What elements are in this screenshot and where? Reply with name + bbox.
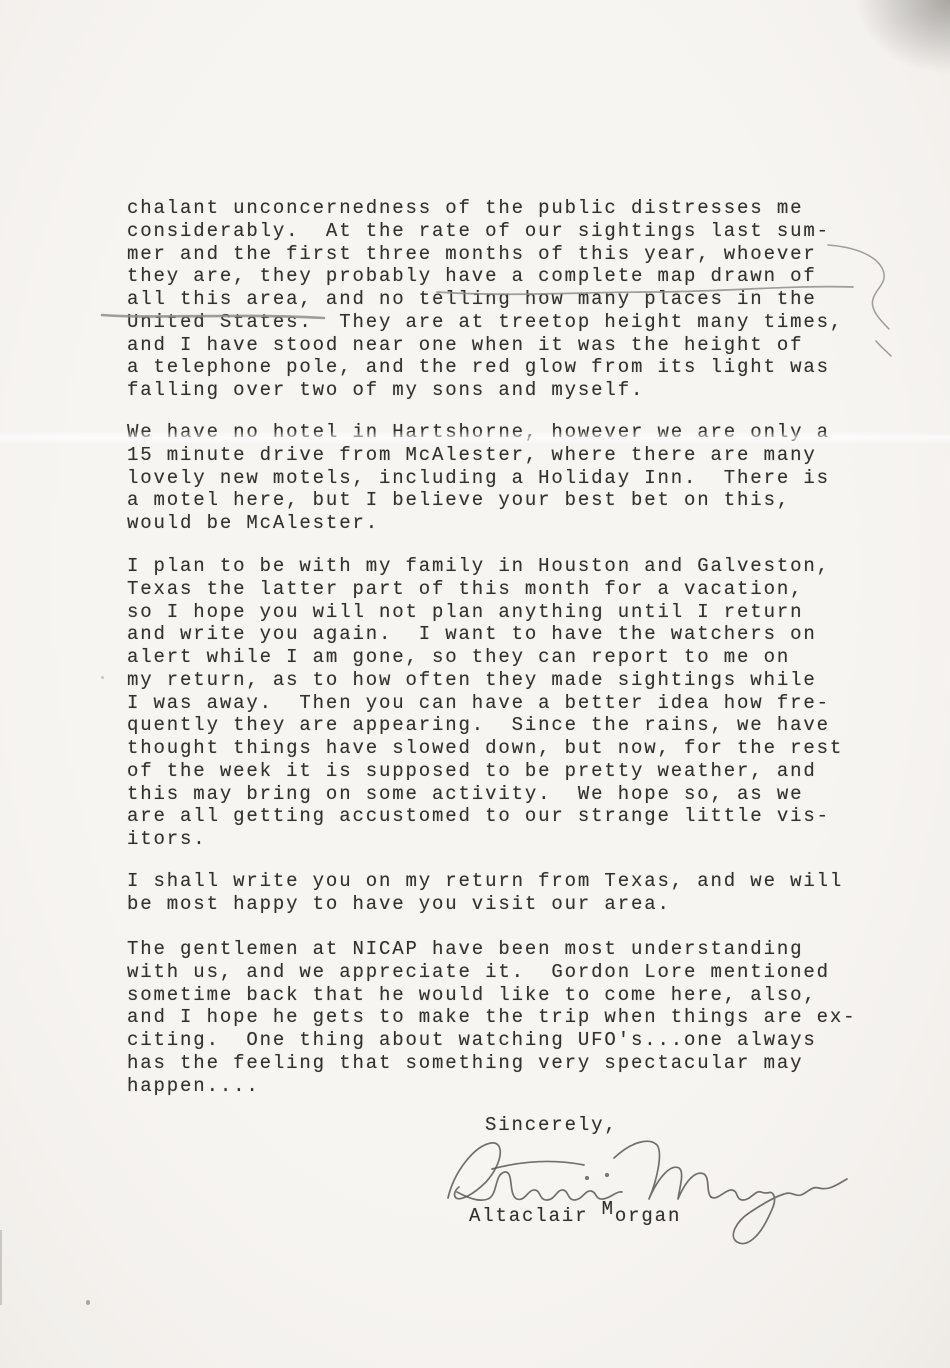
paper-speck — [86, 1300, 90, 1305]
signature-stroke-capital-m — [614, 1141, 711, 1199]
scan-edge-mark — [0, 1230, 2, 1305]
signature-stroke-t-crossbar — [492, 1162, 584, 1169]
letter-paragraph-3: I plan to be with my family in Houston a… — [127, 555, 843, 851]
signature-stroke-organ-tail — [711, 1179, 847, 1244]
letter-paragraph-1: chalant unconcernedness of the public di… — [127, 197, 843, 402]
letter-paragraph-2: We have no hotel in Hartshorne, however … — [127, 421, 830, 535]
paper-speck — [101, 676, 104, 679]
pencil-margin-tick — [876, 341, 891, 356]
signature-i-dot-1 — [586, 1177, 588, 1179]
letter-page: chalant unconcernedness of the public di… — [0, 0, 950, 1368]
signature-stroke-capital-a — [448, 1143, 500, 1199]
signature-i-dot-2 — [606, 1174, 608, 1176]
scan-corner-shadow — [855, 0, 950, 75]
letter-paragraph-5: The gentlemen at NICAP have been most un… — [127, 938, 856, 1097]
handwritten-signature — [428, 1128, 858, 1273]
letter-paragraph-4: I shall write you on my return from Texa… — [127, 870, 843, 916]
